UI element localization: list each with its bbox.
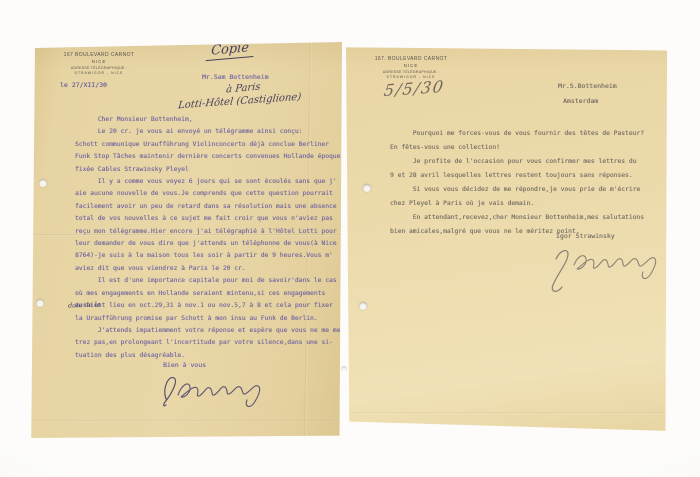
typed-line: facilement avoir un peu de retard dans s… bbox=[75, 201, 348, 213]
typed-line: En fêtes-vous une collection! bbox=[390, 141, 644, 155]
closing-left: Bien à vous bbox=[163, 361, 206, 369]
recipient-location-handwritten: à Paris bbox=[226, 81, 261, 95]
fold-crease bbox=[30, 420, 342, 422]
typed-line: total de vos nouvelles à ce sujet me fai… bbox=[75, 213, 348, 225]
signoff-typed-right: Igor Strawinsky bbox=[556, 232, 615, 240]
typed-line: leur demander de vous dire que j'attends… bbox=[75, 238, 348, 250]
typed-line: auraient lieu en oct.29,31 à nov.1 ou no… bbox=[75, 300, 348, 312]
recipient-hotel-handwritten: Lotti-Hôtel (Castiglione) bbox=[178, 92, 302, 112]
typed-line: Funk Stop Tâches maintenir dernière conc… bbox=[75, 151, 348, 163]
copy-annotation-handwritten: Copie bbox=[206, 40, 255, 61]
typed-line: aviez dit que vous viendrez à Paris le 2… bbox=[75, 263, 348, 275]
typed-line: En attendant,recevez,cher Monsieur Botte… bbox=[390, 211, 644, 225]
letterhead-address: 167 Boulevard Carnot bbox=[56, 52, 142, 58]
letterhead-right: 167. Boulevard Carnot Nice Adresse télég… bbox=[368, 56, 454, 79]
paper-flaw-dot bbox=[341, 366, 347, 372]
signature-ink-left bbox=[154, 369, 280, 409]
typed-line: tuation des plus désagréable. bbox=[75, 350, 348, 362]
typed-line: 9 et 28 avril lesquelles lettres restent… bbox=[390, 169, 644, 183]
typed-line: fixée Cables Strawinsky Pleyel bbox=[75, 164, 348, 176]
typed-line: Il y a comme vous voyez 6 jours qui se s… bbox=[75, 176, 348, 188]
typed-line: la Uraufführung promise par Schott à mon… bbox=[75, 313, 348, 325]
punch-hole bbox=[359, 302, 367, 310]
interline-insert-handwritten: date de la bbox=[68, 300, 101, 309]
typed-line: Schott communique Uraufführung Violincon… bbox=[75, 139, 348, 151]
typed-line: reçu mon télégramme.Hier encore j'ai tél… bbox=[75, 226, 348, 238]
typed-line: J'attends impatiemment votre réponse et … bbox=[75, 325, 348, 337]
letterhead-left: 167 Boulevard Carnot Nice Adresse télégr… bbox=[56, 52, 142, 75]
letter-body-left: Cher Monsieur Bottenheim, Le 20 cr. je v… bbox=[75, 114, 348, 362]
letterhead-city: Nice bbox=[56, 59, 142, 64]
typed-line: Cher Monsieur Bottenheim, bbox=[75, 114, 348, 126]
punch-hole bbox=[39, 179, 47, 187]
letterhead-address: 167. Boulevard Carnot bbox=[368, 56, 454, 62]
letter-body-right: Pourquoi me forces-vous de vous fournir … bbox=[390, 127, 644, 239]
typed-line: Il est d'une importance capitale pour mo… bbox=[75, 275, 348, 287]
letterhead-telegraph-label: Adresse télégraphique : bbox=[56, 66, 142, 70]
typed-line: Le 20 cr. je vous ai envoyé un télégramm… bbox=[75, 126, 348, 138]
typed-line: chez Pleyel à Paris où je vais demain. bbox=[390, 197, 644, 211]
typed-line: 8764)-je suis à la maison tous les soir … bbox=[75, 250, 348, 262]
punch-hole bbox=[363, 184, 371, 192]
letter-left-sheet: 167 Boulevard Carnot Nice Adresse télégr… bbox=[30, 42, 342, 438]
letter-right-sheet: 167. Boulevard Carnot Nice Adresse télég… bbox=[346, 45, 669, 434]
date-handwritten-right: 5/5/30 bbox=[383, 77, 446, 100]
typed-line: trez pas,en prolongeant l'incertitude pa… bbox=[75, 337, 348, 349]
signature-pencil-right bbox=[542, 243, 678, 297]
typed-line: Pourquoi me forces-vous de vous fournir … bbox=[390, 127, 644, 141]
recipient-city-right: Amsterdam bbox=[563, 97, 598, 105]
date-left: le 27/XII/30 bbox=[60, 81, 107, 89]
typed-line: Si vous vous décidez de me répondre,je v… bbox=[390, 183, 644, 197]
typed-line: aie aucune nouvelle de vous.Je comprends… bbox=[75, 188, 348, 200]
fold-crease bbox=[346, 412, 669, 414]
photograph-of-letters: 167 Boulevard Carnot Nice Adresse télégr… bbox=[0, 0, 700, 477]
recipient-name-right: Mr.S.Bottenheim bbox=[558, 82, 617, 90]
recipient-name-left: Mr.Sam Bottenheim bbox=[202, 73, 269, 81]
typed-line: Je profite de l'occasion pour vous confi… bbox=[390, 155, 644, 169]
typed-line: où mes engagements en Hollande seraient … bbox=[75, 288, 348, 300]
letterhead-telegraph-label: Adresse télégraphique : bbox=[368, 70, 454, 74]
letterhead-telegraph-name: Strawigor - Nice bbox=[56, 71, 142, 75]
letterhead-city: Nice bbox=[368, 63, 454, 68]
punch-hole bbox=[36, 299, 44, 307]
